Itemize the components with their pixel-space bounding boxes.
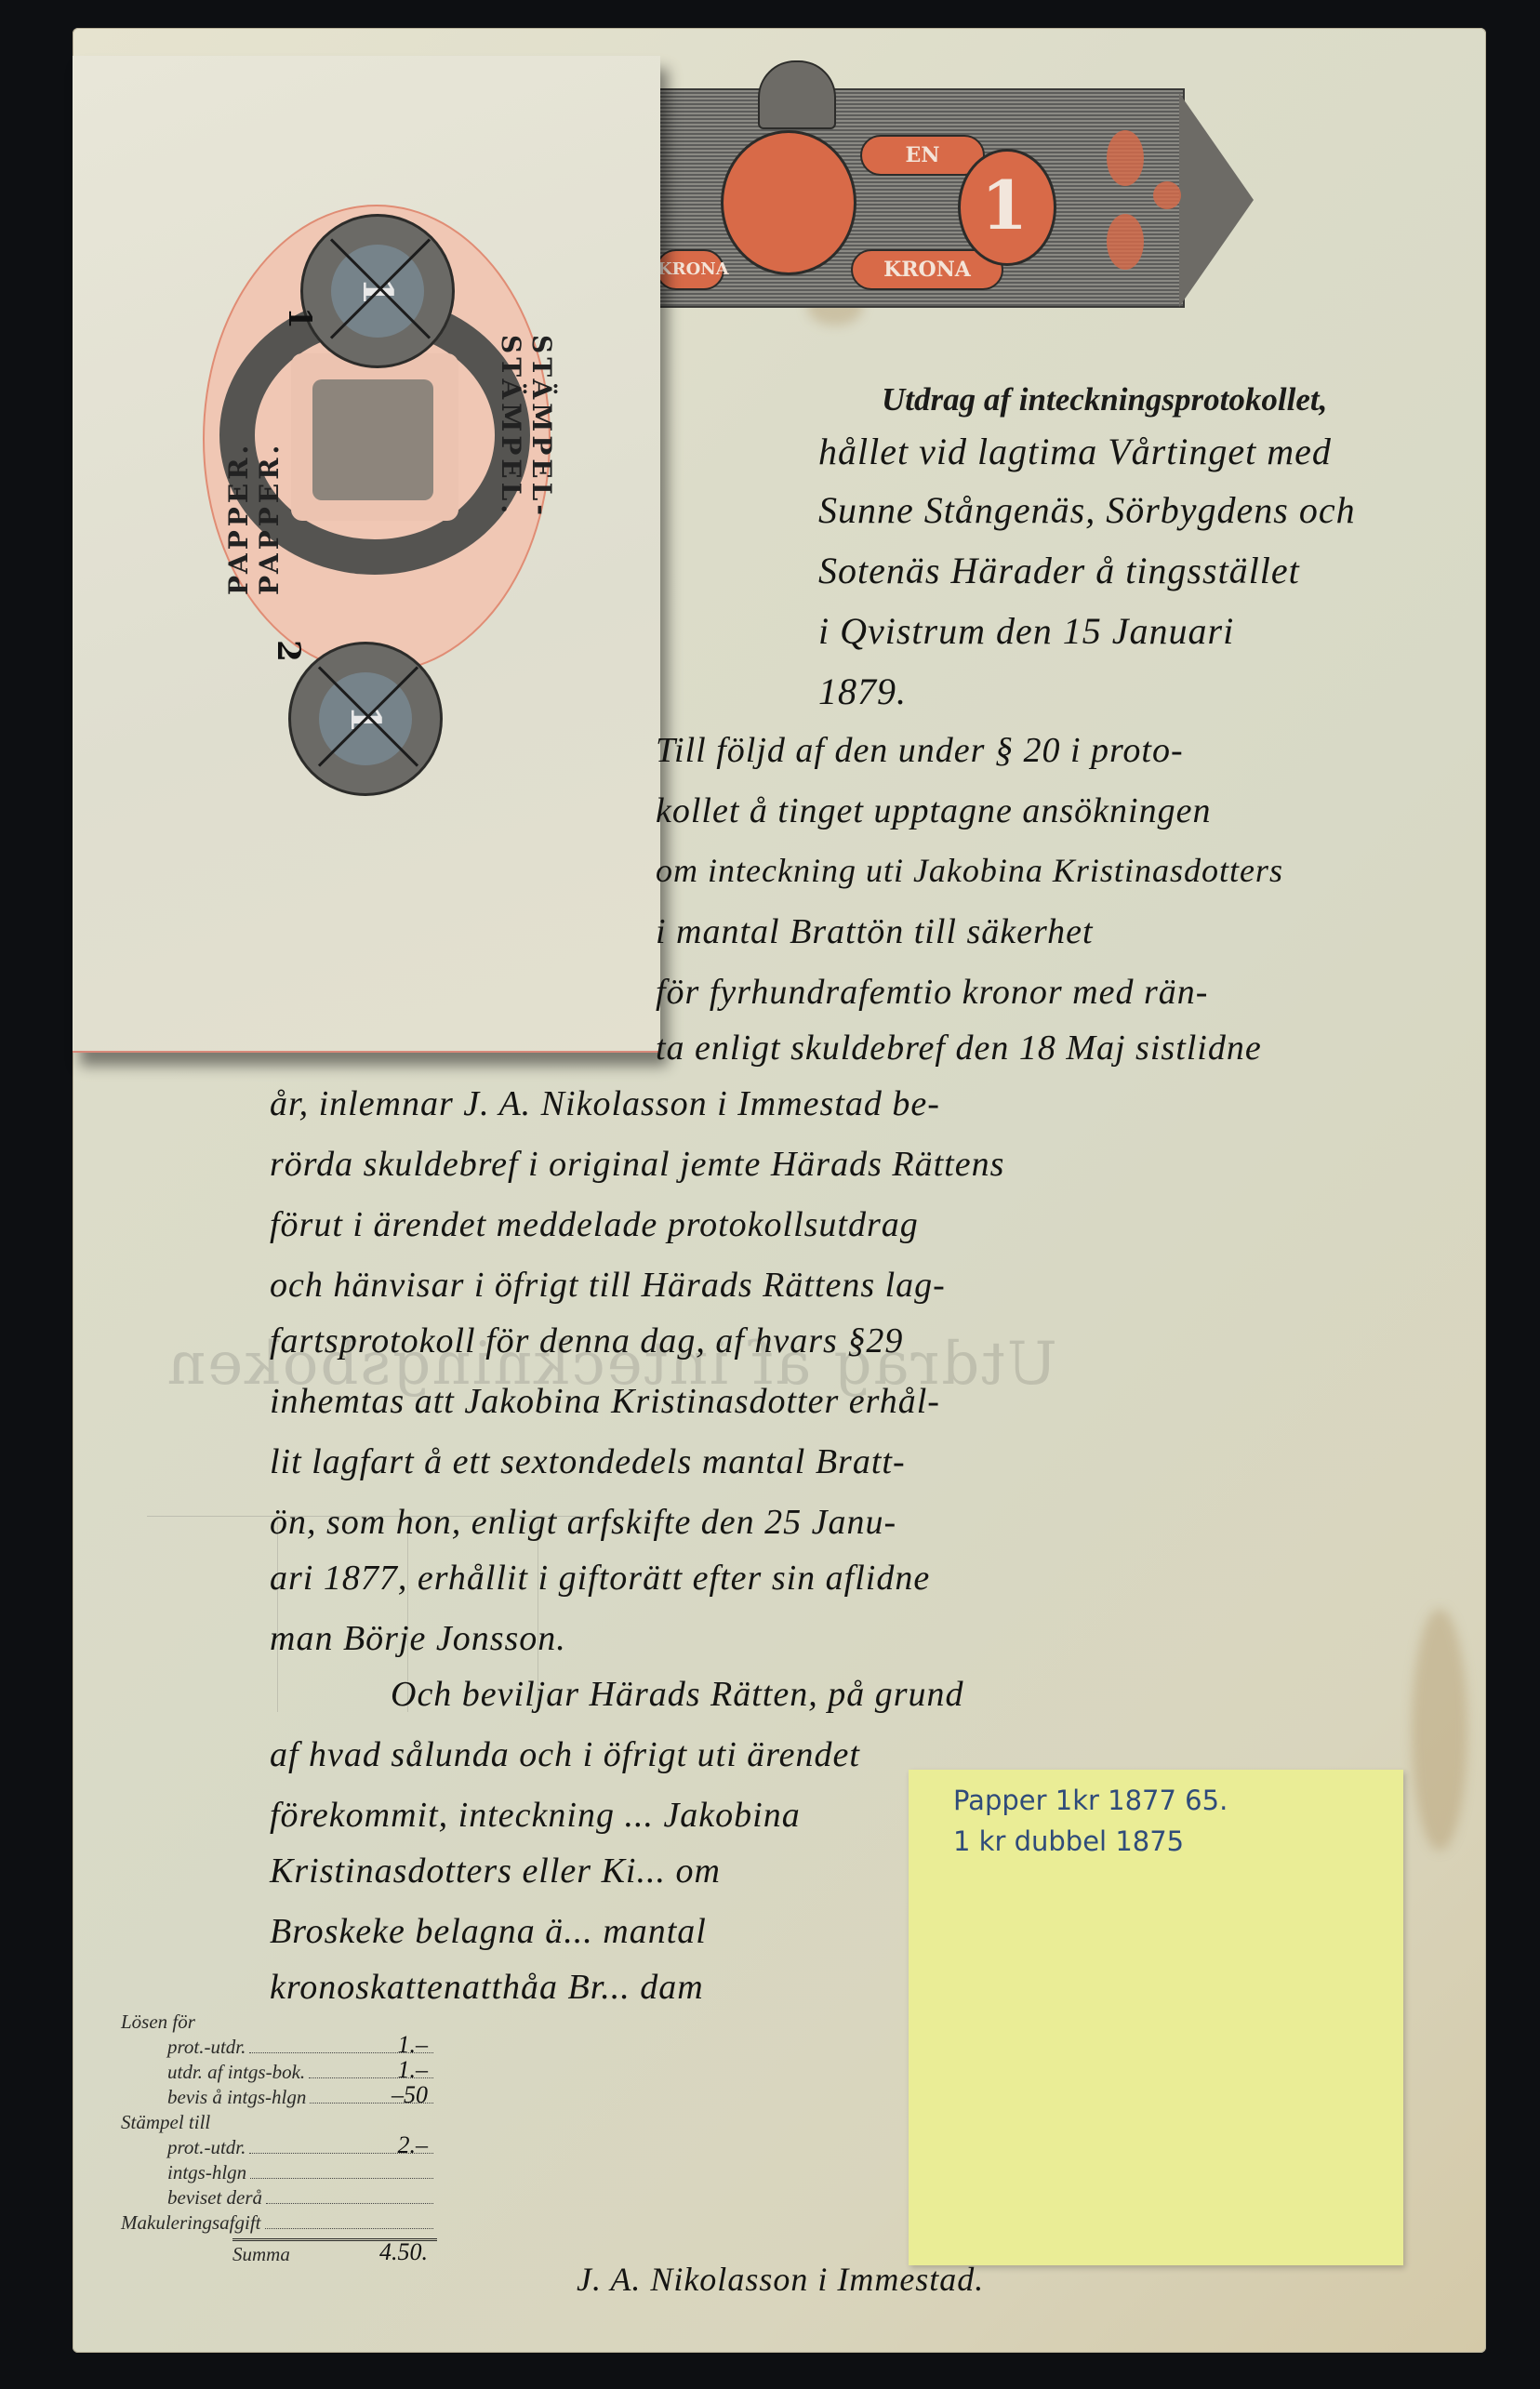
handwritten-line: 1879. xyxy=(818,670,907,713)
flourish-icon xyxy=(1107,214,1144,270)
handwritten-line: kronoskattenatthåa Br... dam xyxy=(270,1967,704,2008)
signature: J. A. Nikolasson i Immestad. xyxy=(577,2260,984,2299)
sticky-note-line: 1 kr dubbel 1875 xyxy=(953,1825,1184,1857)
stamp-number-1: 1 xyxy=(281,307,318,329)
sticky-note: Papper 1kr 1877 65. 1 kr dubbel 1875 xyxy=(909,1770,1403,2265)
ribbon-krona-left: KRONA xyxy=(656,249,724,290)
fee-row: prot.-utdr. 2.– xyxy=(121,2134,437,2159)
handwritten-line: i mantal Brattön till säkerhet xyxy=(656,911,1094,952)
fee-table: Lösen för prot.-utdr. 1.– utdr. af intgs… xyxy=(121,2009,437,2266)
fee-label: prot.-utdr. xyxy=(167,2136,246,2159)
fee-value: 1.– xyxy=(398,2056,429,2084)
handwritten-line: kollet å tinget upptagne ansökningen xyxy=(656,790,1211,831)
handwritten-line: i Qvistrum den 15 Januari xyxy=(818,609,1234,653)
fee-value: 2.– xyxy=(398,2131,429,2159)
coin-bottom: 1 xyxy=(288,642,443,796)
handwritten-line: rörda skuldebref i original jemte Härads… xyxy=(270,1144,1004,1185)
handwritten-line: inhemtas att Jakobina Kristinasdotter er… xyxy=(270,1381,940,1422)
fee-label: bevis å intgs-hlgn xyxy=(167,2086,306,2109)
fee-value: –50 xyxy=(392,2081,428,2109)
handwritten-line: och hänvisar i öfrigt till Härads Rätten… xyxy=(270,1265,946,1306)
crest-medallion xyxy=(721,130,856,275)
handwritten-line: fartsprotokoll för denna dag, af hvars §… xyxy=(270,1321,903,1361)
flourish-icon xyxy=(1153,181,1181,209)
summa-label: Summa xyxy=(232,2243,290,2266)
banner-ornament-tip xyxy=(1179,93,1254,307)
handwritten-line: ta enligt skuldebref den 18 Maj sistlidn… xyxy=(656,1028,1262,1068)
handwritten-line: lit lagfart å ett sextondedels mantal Br… xyxy=(270,1441,906,1482)
coat-of-arms-icon xyxy=(312,379,433,500)
fee-heading: Stämpel till xyxy=(121,2109,437,2134)
fee-label: beviset derå xyxy=(167,2186,262,2210)
fee-label: intgs-hlgn xyxy=(167,2161,246,2184)
fee-row: bevis å intgs-hlgn –50 xyxy=(121,2084,437,2109)
stamp-text-left: PAPPER. PAPPER. xyxy=(223,335,285,595)
fee-row: intgs-hlgn xyxy=(121,2159,437,2184)
handwritten-line: Till följd af den under § 20 i proto- xyxy=(656,730,1184,771)
printed-title: Utdrag af intecknings­protokollet, xyxy=(882,381,1327,418)
fee-row: utdr. af intgs-bok. 1.– xyxy=(121,2059,437,2084)
stain xyxy=(1412,1609,1467,1851)
handwritten-line: Broskeke belagna ä... mantal xyxy=(270,1911,707,1952)
handwritten-line: år, inlemnar J. A. Nikolasson i Immestad… xyxy=(270,1083,940,1124)
fee-heading: Lösen för xyxy=(121,2009,437,2034)
handwritten-line: Sunne Stångenäs, Sörbygdens och xyxy=(818,488,1356,532)
handwritten-line: för fyrhundrafemtio kronor med rän- xyxy=(656,972,1208,1013)
sticky-note-line: Papper 1kr 1877 65. xyxy=(953,1785,1228,1816)
handwritten-line: hållet vid lagtima Vårtinget med xyxy=(818,430,1332,473)
fee-label: prot.-utdr. xyxy=(167,2036,246,2059)
coin-top: 1 xyxy=(300,214,455,368)
stamp-number-2: 2 xyxy=(270,640,307,662)
handwritten-line: Och beviljar Härads Rätten, på grund xyxy=(391,1674,964,1715)
fee-row: prot.-utdr. 1.– xyxy=(121,2034,437,2059)
fee-value: 1.– xyxy=(398,2031,429,2059)
flourish-icon xyxy=(1107,130,1144,186)
handwritten-line: ön, som hon, enligt arfskifte den 25 Jan… xyxy=(270,1502,896,1543)
handwritten-line: förekommit, inteckning ... Jakobina xyxy=(270,1795,801,1836)
handwritten-line: man Börje Jonsson. xyxy=(270,1618,566,1659)
stamped-paper-slip: STÄMPEL-STÄMPEL. PAPPER. PAPPER. 1 1 1 2 xyxy=(73,56,660,1053)
handwritten-line: förut i ärendet meddelade protokollsutdr… xyxy=(270,1204,919,1245)
summa-value: 4.50. xyxy=(379,2238,428,2266)
handwritten-line: om inteckning uti Jakobina Kristinasdott… xyxy=(656,851,1283,890)
fee-row-makulering: Makuleringsafgift xyxy=(121,2210,437,2235)
fee-label: Makuleringsafgift xyxy=(121,2211,261,2235)
fee-label: utdr. af intgs-bok. xyxy=(167,2061,305,2084)
handwritten-line: Sotenäs Härader å tingsstället xyxy=(818,549,1300,592)
fee-row: beviset derå xyxy=(121,2184,437,2210)
crown-icon xyxy=(758,60,836,129)
handwritten-line: ari 1877, erhållit i giftorätt efter sin… xyxy=(270,1558,930,1599)
handwritten-line: af hvad sålunda och i öfrigt uti ärendet xyxy=(270,1734,860,1775)
handwritten-line: Kristinasdotters eller Ki... om xyxy=(270,1851,721,1891)
fee-row-summa: Summa 4.50. xyxy=(121,2241,437,2266)
stamp-value: 1 xyxy=(958,149,1051,260)
stamp-text-right: STÄMPEL-STÄMPEL. xyxy=(496,335,557,595)
